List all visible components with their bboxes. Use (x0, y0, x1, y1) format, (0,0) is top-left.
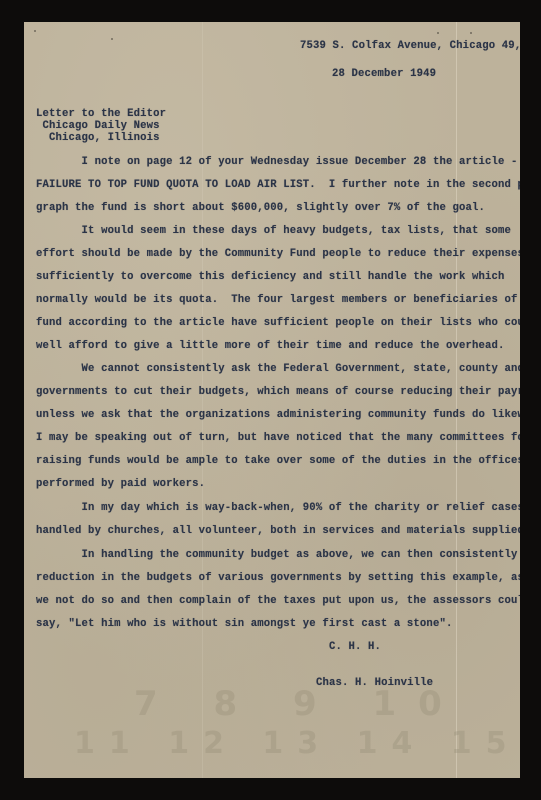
bleed-through-calendar-row: 11 12 13 14 15 16 17 (74, 726, 520, 761)
body-line: unless we ask that the organizations adm… (36, 409, 520, 421)
paper-fold-line (202, 22, 203, 778)
bleed-through-calendar-row: 7 8 9 10 (134, 684, 464, 724)
body-line: graph the fund is short about $600,000, … (36, 202, 485, 214)
body-line: we not do so and then complain of the ta… (36, 595, 520, 607)
body-line: In handling the community budget as abov… (36, 549, 520, 561)
body-line: normally would be its quota. The four la… (36, 294, 520, 306)
paper-speck (437, 32, 439, 34)
paper-speck (111, 38, 113, 40)
body-line: raising funds would be ample to take ove… (36, 455, 520, 467)
recipient-line: Chicago, Illinois (36, 132, 160, 144)
recipient-line: Chicago Daily News (36, 120, 160, 132)
typed-letter: 7539 S. Colfax Avenue, Chicago 49, Il 28… (24, 22, 63, 514)
letter-body: I note on page 12 of your Wednesday issu… (24, 178, 63, 454)
body-line: In my day which is way-back-when, 90% of… (36, 502, 520, 514)
body-line: I note on page 12 of your Wednesday issu… (36, 156, 518, 168)
signature-name: Chas. H. Hoinville (316, 677, 433, 689)
body-line: governments to cut their budgets, which … (36, 386, 520, 398)
body-line: fund according to the article have suffi… (36, 317, 520, 329)
body-line: sufficiently to overcome this deficiency… (36, 271, 505, 283)
body-line: say, "Let him who is without sin amongst… (36, 618, 452, 630)
body-line: FAILURE TO TOP FUND QUOTA TO LOAD AIR LI… (36, 179, 520, 191)
paper-speck (470, 32, 472, 34)
body-line: We cannot consistently ask the Federal G… (36, 363, 520, 375)
body-line: performed by paid workers. (36, 478, 205, 490)
paper-fold-line (456, 22, 457, 778)
closing-initials: C. H. H. (329, 641, 381, 653)
letter-page: 7 8 9 10 11 12 13 14 15 16 17 7539 S. Co… (24, 22, 520, 778)
body-line: well afford to give a little more of the… (36, 340, 505, 352)
recipient-block: Letter to the Editor Chicago Daily News … (24, 82, 63, 142)
body-line: It would seem in these days of heavy bud… (36, 225, 511, 237)
recipient-line: Letter to the Editor (36, 108, 166, 120)
sender-address: 7539 S. Colfax Avenue, Chicago 49, Il (300, 40, 520, 52)
body-line: reduction in the budgets of various gove… (36, 572, 520, 584)
body-line: I may be speaking out of turn, but have … (36, 432, 520, 444)
letter-date: 28 December 1949 (332, 68, 436, 80)
body-line: handled by churches, all volunteer, both… (36, 525, 520, 537)
body-line: effort should be made by the Community F… (36, 248, 520, 260)
